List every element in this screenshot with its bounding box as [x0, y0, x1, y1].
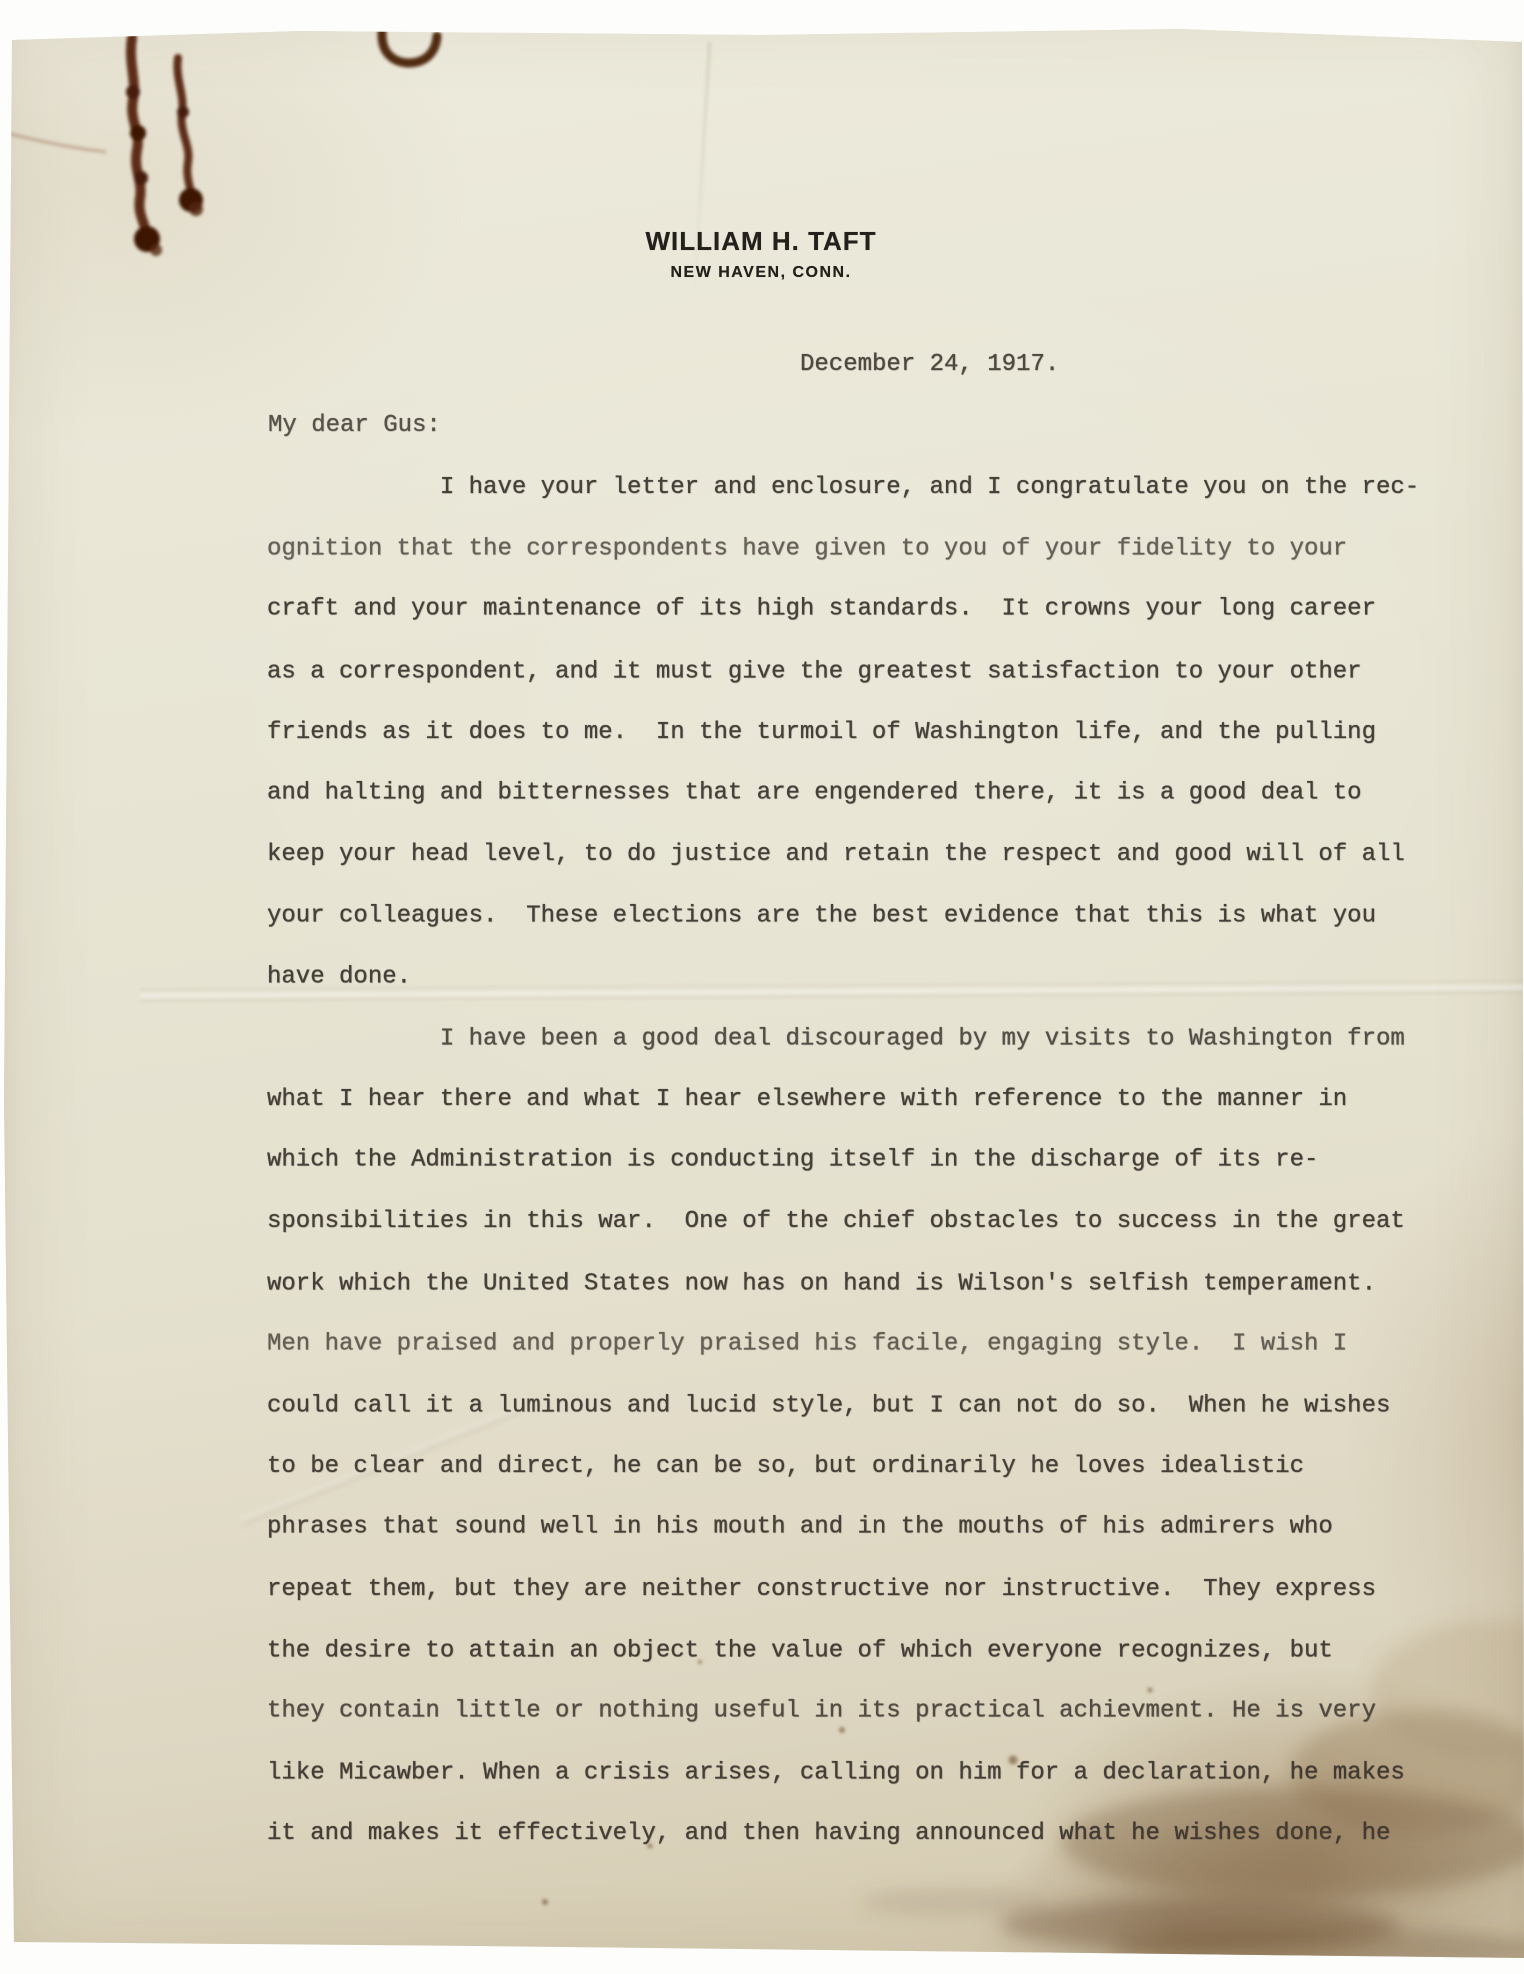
- typed-line: Men have praised and properly praised hi…: [267, 1313, 1477, 1374]
- typed-line: your colleagues. These elections are the…: [267, 886, 1477, 947]
- typed-line: phrases that sound well in his mouth and…: [267, 1497, 1477, 1558]
- body-lines: I have your letter and enclosure, and I …: [267, 457, 1477, 1865]
- typed-line: as a correspondent, and it must give the…: [267, 641, 1477, 702]
- typed-line: have done.: [267, 946, 1477, 1007]
- date-line: December 24, 1917.: [800, 351, 1059, 378]
- typed-line: the desire to attain an object the value…: [267, 1620, 1477, 1681]
- typed-line: like Micawber. When a crisis arises, cal…: [267, 1743, 1477, 1804]
- typed-line: could call it a luminous and lucid style…: [267, 1376, 1477, 1437]
- typed-line: what I hear there and what I hear elsewh…: [267, 1069, 1477, 1130]
- typed-line: it and makes it effectively, and then ha…: [267, 1803, 1477, 1864]
- typed-line: craft and your maintenance of its high s…: [267, 579, 1477, 640]
- letterhead-location: NEW HAVEN, CONN.: [670, 264, 851, 282]
- typed-line: they contain little or nothing useful in…: [267, 1681, 1477, 1742]
- typed-line: friends as it does to me. In the turmoil…: [267, 702, 1477, 763]
- typed-line: sponsibilities in this war. One of the c…: [267, 1191, 1477, 1252]
- typed-line: I have been a good deal discouraged by m…: [267, 1008, 1477, 1069]
- letter-content: WILLIAM H. TAFT NEW HAVEN, CONN. Decembe…: [0, 0, 1524, 1974]
- typed-line: keep your head level, to do justice and …: [267, 824, 1477, 885]
- salutation: My dear Gus:: [268, 412, 441, 439]
- typed-line: I have your letter and enclosure, and I …: [267, 457, 1477, 518]
- typed-line: to be clear and direct, he can be so, bu…: [267, 1436, 1477, 1497]
- scanned-letter: WILLIAM H. TAFT NEW HAVEN, CONN. Decembe…: [0, 0, 1524, 1974]
- typed-line: work which the United States now has on …: [267, 1253, 1477, 1314]
- letter-paper: WILLIAM H. TAFT NEW HAVEN, CONN. Decembe…: [0, 0, 1524, 1974]
- typed-line: ognition that the correspondents have gi…: [267, 519, 1477, 580]
- typed-line: repeat them, but they are neither constr…: [267, 1559, 1477, 1620]
- typed-line: and halting and bitternesses that are en…: [267, 763, 1477, 824]
- letterhead-name: WILLIAM H. TAFT: [645, 226, 876, 257]
- typed-line: which the Administration is conducting i…: [267, 1130, 1477, 1191]
